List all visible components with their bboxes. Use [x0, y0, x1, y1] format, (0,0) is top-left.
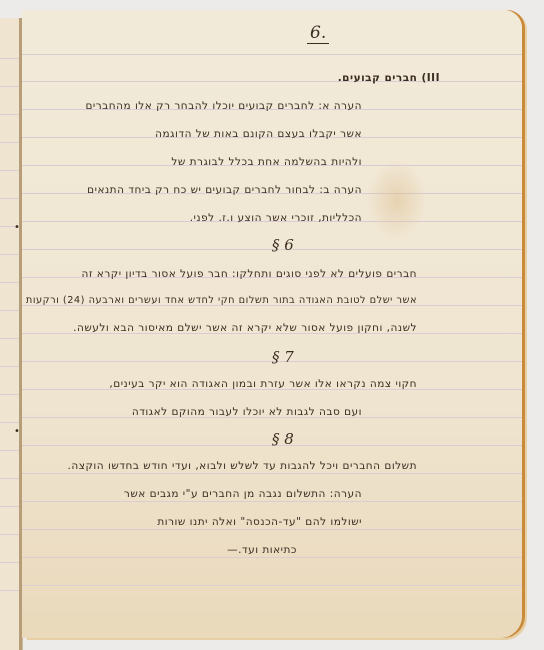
text-line: לשנה, וחקון פועל אסור שלא יקרא זה אשר יש… — [73, 322, 417, 334]
page-number: 6. — [307, 23, 329, 44]
text-line: הערה א: לחברים קבועים יוכלו להבחר רק אלו… — [85, 100, 362, 112]
text-line: הכלליות, זוכרי אשר הוצע ו.ז. לפני. — [190, 212, 362, 224]
text-line: חברים פועלים לא לפני סוגים ותחלקו: חבר פ… — [81, 268, 417, 280]
section-heading: III) חברים קבועים. — [338, 72, 440, 84]
section-marker: § 6 — [272, 236, 294, 254]
text-line: חקוי צמה נקראו אלו אשר עזרת ובמון האגודה… — [109, 378, 417, 390]
text-line: ישולמו להם "עד-הכנסה" ואלה יתנו שורות — [157, 516, 362, 528]
text-line: הערה: התשלום נגבה מן החברים ע"י מגבים אש… — [124, 488, 362, 500]
text-line: הערה ב: לבחור לחברים קבועים יש כח רק ביח… — [87, 184, 362, 196]
notebook-page: 6. III) חברים קבועים. הערה א: לחברים קבו… — [22, 10, 522, 638]
text-line: אשר ישלם לטובת האגודה בתור תשלום חקי לחד… — [26, 295, 417, 306]
text-line: כתיאות ועד.— — [227, 544, 297, 556]
text-line: ולהיות בהשלמה אחת בכלל לבוגרת של — [171, 156, 362, 168]
section-marker: § 8 — [272, 430, 294, 448]
paper-stain — [367, 160, 427, 240]
text-line: ועם סבה לגבות לא יוכלו לעבור מהוקם לאגוד… — [132, 406, 362, 418]
text-line: אשר יקבלו בעצם הקונם באות של הדוגמה — [155, 128, 362, 140]
section-marker: § 7 — [272, 348, 294, 366]
text-line: תשלום החברים ויכל להגבות עד לשלש ולבוא, … — [68, 460, 417, 472]
